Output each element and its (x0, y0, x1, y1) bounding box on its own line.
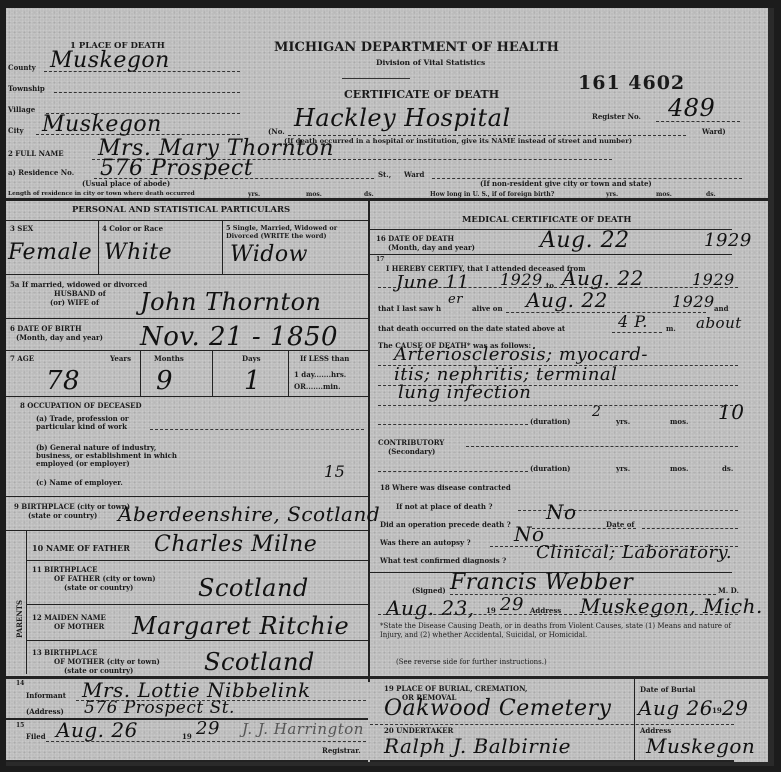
date-of-line (642, 528, 738, 529)
rule (6, 350, 368, 351)
duration-line (378, 424, 528, 425)
dod-value: Aug. 22 (540, 228, 630, 253)
division-title: Division of Vital Statistics (376, 58, 485, 67)
column-divider (368, 198, 370, 682)
attended-to: Aug. 22 (562, 266, 644, 290)
item-17-num: 17 (376, 256, 384, 263)
village-label: Village (8, 105, 35, 114)
no-label: (No. (268, 127, 285, 136)
footnote: *State the Disease Causing Death, or in … (380, 622, 736, 640)
last-saw-value: Aug. 22 (526, 288, 608, 312)
length-mos: mos. (306, 191, 322, 198)
occupation-b: (b) General nature of industry, business… (36, 444, 186, 468)
spouse-label-3: (or) WIFE of (50, 298, 99, 307)
sex-value: Female (8, 240, 92, 265)
occupation-heading: 8 OCCUPATION OF DECEASED (20, 401, 142, 410)
medical-heading: MEDICAL CERTIFICATE OF DEATH (462, 215, 631, 225)
burial-place-value: Oakwood Cemetery (384, 696, 611, 721)
m-label: m. (666, 324, 676, 333)
register-label: Register No. (592, 112, 641, 121)
dob-label: 6 DATE OF BIRTH (10, 324, 82, 333)
burial-line (370, 724, 734, 725)
cause-line-3: lung infection (398, 382, 531, 403)
duration-label: (duration) (530, 417, 570, 426)
filed-line (46, 741, 366, 742)
contrib-duration-line (378, 471, 528, 472)
nonresident-note: (If non-resident give city or town and s… (480, 179, 652, 188)
hrs-label: 1 day.......hrs. (294, 370, 346, 379)
autopsy-label: Was there an autopsy ? (380, 538, 471, 547)
dob-value: Nov. 21 - 1850 (140, 322, 338, 352)
mother-birthplace-label-1: 13 BIRTHPLACE (32, 648, 97, 657)
father-birthplace-label-2: OF FATHER (city or town) (54, 574, 156, 583)
last-saw-year: 1929 (672, 292, 715, 311)
occurred-label: that death occurred on the date stated a… (378, 324, 565, 333)
burial-year-prefix: 19 (712, 706, 722, 715)
rule (634, 678, 635, 762)
mother-label-2: OF MOTHER (54, 622, 104, 631)
marital-value: Widow (230, 242, 308, 267)
contributory-label: CONTRIBUTORY (378, 438, 444, 447)
file-number: 161 4602 (578, 72, 685, 94)
burial-place-label-1: 19 PLACE OF BURIAL, CREMATION, (384, 684, 527, 693)
county-label: County (8, 63, 36, 72)
min-label: OR.......min. (294, 382, 341, 391)
birthplace-label: 9 BIRTHPLACE (city or town) (14, 502, 130, 511)
signed-value: Francis Webber (450, 570, 633, 595)
duration-value: 2 (592, 404, 601, 420)
q18-label: 18 Where was disease contracted (380, 483, 511, 492)
hospital-note: (If death occurred in a hospital or inst… (284, 137, 632, 145)
signed-label: (Signed) (412, 586, 446, 595)
department-title: MICHIGAN DEPARTMENT OF HEALTH (274, 40, 559, 55)
occupation-a: (a) Trade, profession or particular kind… (36, 415, 156, 431)
rule (6, 274, 368, 275)
father-label: 10 NAME OF FATHER (32, 543, 130, 553)
filed-date: Aug. 26 (56, 718, 138, 742)
length-ds: ds. (364, 191, 374, 198)
marital-label: 5 Single, Married, Widowed or Divorced (… (226, 224, 366, 240)
burial-year: 29 (722, 696, 748, 720)
operation-value: No (546, 500, 577, 524)
months-label: Months (154, 354, 184, 363)
spouse-label-2: HUSBAND of (54, 289, 106, 298)
days-value: 1 (244, 366, 261, 396)
alive-on-label: alive on (472, 304, 503, 313)
register-value: 489 (668, 94, 715, 122)
undertaker-value: Ralph J. Balbirnie (384, 734, 571, 758)
time-value: 4 P. (618, 312, 648, 331)
father-birthplace-value: Scotland (198, 574, 309, 602)
registrar-label: Registrar. (322, 746, 361, 755)
time-line (612, 332, 662, 333)
cert-date-line (378, 614, 738, 615)
attended-from: June 11 (396, 272, 469, 293)
us-mos: mos. (656, 191, 672, 198)
contributory-line (466, 446, 738, 447)
rule (26, 604, 368, 605)
filed-year: 29 (196, 718, 220, 739)
rule (222, 220, 223, 274)
parents-side-label: PARENTS (15, 568, 24, 638)
filed-num: 15 (16, 722, 24, 729)
dod-label: 16 DATE OF DEATH (376, 234, 454, 243)
occupation-mark: 15 (324, 462, 345, 481)
city-label: City (8, 126, 24, 135)
rule (26, 530, 27, 674)
informant-num: 14 (16, 680, 24, 687)
time-note: about (696, 314, 742, 332)
signed-date: Aug. 23, (386, 596, 475, 620)
dob-sub: (Month, day and year) (16, 333, 103, 342)
contrib-mos: mos. (670, 464, 688, 473)
death-certificate: 1 PLACE OF DEATH County Muskegon Townshi… (6, 8, 774, 766)
personal-heading: PERSONAL AND STATISTICAL PARTICULARS (72, 205, 290, 215)
contributory-sub: (Secondary) (388, 447, 435, 456)
cause-line-1: Arteriosclerosis; myocard- (394, 344, 648, 365)
dod-year: 1929 (704, 230, 752, 251)
rule (288, 350, 289, 396)
undertaker-address-value: Muskegon (646, 734, 755, 758)
q18-sub: If not at place of death ? (396, 502, 492, 511)
filed-label: Filed (26, 732, 46, 741)
mother-birthplace-label-2: OF MOTHER (city or town) (54, 657, 160, 666)
to-year: 1929 (692, 270, 735, 289)
us-residence-label: How long in U. S., if of foreign birth? (430, 191, 554, 198)
informant-address-value: 576 Prospect St. (84, 698, 235, 718)
cause-line-rule-3 (378, 405, 738, 406)
duration-yrs: yrs. (616, 417, 630, 426)
filed-year-prefix: 19 (182, 732, 192, 741)
rule (6, 760, 368, 762)
rule (140, 350, 141, 396)
last-saw-label: that I last saw h (378, 304, 441, 313)
burial-date-label: Date of Burial (640, 685, 695, 694)
rule (370, 760, 734, 762)
rule (6, 496, 368, 497)
full-name-label: 2 FULL NAME (8, 149, 64, 158)
informant-address-label: (Address) (26, 707, 64, 716)
sex-label: 3 SEX (10, 224, 33, 233)
us-yrs: yrs. (606, 191, 618, 198)
rule (6, 530, 368, 531)
burial-date-value: Aug 26 (638, 696, 713, 720)
color-value: White (104, 240, 172, 265)
days-label: Days (242, 354, 261, 363)
age-label: 7 AGE (10, 354, 34, 363)
last-saw-pronoun: er (448, 292, 463, 307)
rule (26, 640, 368, 641)
mother-label-1: 12 MAIDEN NAME (32, 613, 106, 622)
ward-label-1: Ward) (702, 127, 726, 136)
birthplace-sub: (state or country) (28, 511, 97, 520)
county-value: Muskegon (50, 48, 170, 73)
date-of-label: Date of (606, 520, 634, 529)
rule (6, 318, 368, 319)
rule (6, 220, 368, 221)
test-label: What test confirmed diagnosis ? (380, 556, 506, 565)
residence-ward-label: Ward (404, 170, 424, 179)
rule (98, 220, 99, 274)
duration-days: 10 (718, 400, 744, 424)
certificate-title: CERTIFICATE OF DEATH (344, 88, 499, 101)
spouse-label-1: 5a If married, widowed or divorced (10, 280, 147, 289)
length-yrs: yrs. (248, 191, 260, 198)
from-year: 1929 (500, 270, 543, 289)
us-ds: ds. (706, 191, 716, 198)
township-label: Township (8, 84, 45, 93)
contrib-duration-label: (duration) (530, 464, 570, 473)
residence-label: a) Residence No. (8, 168, 74, 177)
less-than-label: If LESS than (300, 354, 349, 363)
signed-year: 29 (500, 594, 524, 615)
years-value: 78 (46, 366, 80, 396)
mother-birthplace-value: Scotland (204, 648, 315, 676)
institution-line (288, 135, 686, 136)
and-label: and (714, 304, 729, 313)
father-birthplace-label-3: (state or country) (64, 583, 133, 592)
mother-birthplace-label-3: (state or country) (64, 666, 133, 675)
residence-value: 576 Prospect (100, 156, 253, 181)
occupation-c: (c) Name of employer. (36, 478, 123, 487)
birthplace-value: Aberdeenshire, Scotland (118, 502, 380, 526)
rule (26, 560, 368, 561)
mother-value: Margaret Ritchie (132, 612, 349, 640)
color-label: 4 Color or Race (102, 224, 163, 233)
spouse-value: John Thornton (140, 288, 322, 316)
father-birthplace-label-1: 11 BIRTHPLACE (32, 565, 97, 574)
residence-st-label: St., (378, 170, 391, 179)
header-rule (342, 78, 410, 79)
contrib-yrs: yrs. (616, 464, 630, 473)
duration-mos: mos. (670, 417, 688, 426)
contrib-ds: ds. (722, 464, 733, 473)
section-divider (6, 198, 768, 201)
registrar-signature: J. J. Harrington (242, 720, 364, 738)
city-value: Muskegon (42, 112, 162, 137)
dod-sub: (Month, day and year) (388, 243, 475, 252)
township-line (54, 92, 240, 93)
institution-value: Hackley Hospital (294, 104, 511, 132)
test-value: Clinical; Laboratory. (536, 542, 732, 563)
last-saw-line (506, 312, 706, 313)
rule (212, 350, 213, 396)
years-label: Years (110, 354, 131, 363)
rule (6, 396, 368, 397)
father-value: Charles Milne (154, 532, 317, 557)
length-residence-label: Length of residence in city or town wher… (8, 191, 195, 197)
informant-label: Informant (26, 691, 66, 700)
operation-label: Did an operation precede death ? (380, 520, 511, 529)
occupation-a-line (150, 429, 364, 430)
months-value: 9 (156, 366, 173, 396)
instructions: (See reverse side for further instructio… (396, 658, 547, 666)
rule (370, 254, 732, 255)
residence-note: (Usual place of abode) (82, 179, 170, 188)
